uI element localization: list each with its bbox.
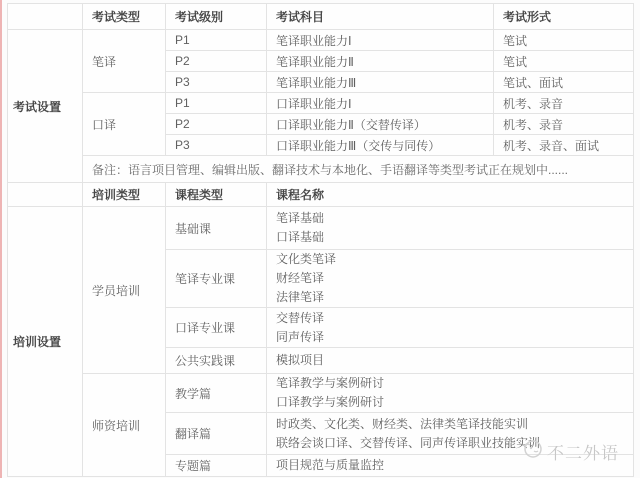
exam-type-oral: 口译 xyxy=(83,93,166,156)
exam-training-table: 考试类型 考试级别 考试科目 考试形式 考试设置 笔译 P1 笔译职业能力Ⅰ 笔… xyxy=(7,3,634,477)
course-type: 基础课 xyxy=(166,207,267,250)
exam-subject: 笔译职业能力Ⅱ xyxy=(267,51,494,72)
course-names: 交替传译 同声传译 xyxy=(267,308,634,348)
course-names: 时政类、文化类、财经类、法律类笔译技能实训 联络会谈口译、交替传译、同声传译职业… xyxy=(267,413,634,455)
exam-level: P3 xyxy=(166,72,267,93)
training-type-student: 学员培训 xyxy=(83,207,166,374)
exam-subject: 笔译职业能力Ⅲ xyxy=(267,72,494,93)
table-row: 师资培训 教学篇 笔译教学与案例研讨 口译教学与案例研讨 xyxy=(8,374,634,413)
exam-level: P1 xyxy=(166,93,267,114)
course-name: 法律笔译 xyxy=(276,288,629,307)
table-row: 口译 P1 口译职业能力Ⅰ 机考、录音 xyxy=(8,93,634,114)
course-name: 模拟项目 xyxy=(276,351,629,370)
exam-form: 机考、录音 xyxy=(494,114,634,135)
course-name: 财经笔译 xyxy=(276,269,629,288)
exam-header-type: 考试类型 xyxy=(83,4,166,30)
exam-level: P3 xyxy=(166,135,267,156)
course-type: 公共实践课 xyxy=(166,348,267,374)
course-name: 项目规范与质量监控 xyxy=(276,456,629,475)
course-type: 口译专业课 xyxy=(166,308,267,348)
exam-form: 笔试 xyxy=(494,51,634,72)
page-left-accent-edge xyxy=(0,0,2,478)
course-name: 笔译教学与案例研讨 xyxy=(276,374,629,393)
exam-header-row: 考试类型 考试级别 考试科目 考试形式 xyxy=(8,4,634,30)
course-names: 文化类笔译 财经笔译 法律笔译 xyxy=(267,250,634,308)
exam-note: 备注：语言项目管理、编辑出版、翻译技术与本地化、手语翻译等类型考试正在规划中..… xyxy=(83,156,634,183)
course-type: 专题篇 xyxy=(166,455,267,477)
exam-subject: 笔译职业能力Ⅰ xyxy=(267,30,494,51)
exam-form: 笔试、面试 xyxy=(494,72,634,93)
training-header-course-type: 课程类型 xyxy=(166,183,267,207)
exam-header-form: 考试形式 xyxy=(494,4,634,30)
exam-form: 机考、录音、面试 xyxy=(494,135,634,156)
course-type: 翻译篇 xyxy=(166,413,267,455)
exam-level: P1 xyxy=(166,30,267,51)
training-type-teacher: 师资培训 xyxy=(83,374,166,477)
course-name: 笔译基础 xyxy=(276,209,629,228)
exam-section-label: 考试设置 xyxy=(8,30,83,183)
corner-cell xyxy=(8,183,83,207)
course-names: 笔译教学与案例研讨 口译教学与案例研讨 xyxy=(267,374,634,413)
course-names: 笔译基础 口译基础 xyxy=(267,207,634,250)
exam-level: P2 xyxy=(166,114,267,135)
exam-subject: 口译职业能力Ⅰ xyxy=(267,93,494,114)
course-name: 文化类笔译 xyxy=(276,250,629,269)
exam-subject: 口译职业能力Ⅱ（交替传译） xyxy=(267,114,494,135)
exam-form: 机考、录音 xyxy=(494,93,634,114)
course-type: 笔译专业课 xyxy=(166,250,267,308)
training-section-label: 培训设置 xyxy=(8,207,83,477)
course-name: 口译基础 xyxy=(276,228,629,247)
course-names: 项目规范与质量监控 xyxy=(267,455,634,477)
training-header-type: 培训类型 xyxy=(83,183,166,207)
course-name: 口译教学与案例研讨 xyxy=(276,393,629,412)
exam-level: P2 xyxy=(166,51,267,72)
exam-header-subject: 考试科目 xyxy=(267,4,494,30)
course-name: 时政类、文化类、财经类、法律类笔译技能实训 xyxy=(276,415,629,434)
exam-type-written: 笔译 xyxy=(83,30,166,93)
corner-cell xyxy=(8,4,83,30)
course-name: 同声传译 xyxy=(276,328,629,347)
table-row: 培训设置 学员培训 基础课 笔译基础 口译基础 xyxy=(8,207,634,250)
exam-header-level: 考试级别 xyxy=(166,4,267,30)
course-name: 交替传译 xyxy=(276,309,629,328)
note-row: 备注：语言项目管理、编辑出版、翻译技术与本地化、手语翻译等类型考试正在规划中..… xyxy=(8,156,634,183)
exam-form: 笔试 xyxy=(494,30,634,51)
exam-subject: 口译职业能力Ⅲ（交传与同传） xyxy=(267,135,494,156)
training-header-course-name: 课程名称 xyxy=(267,183,634,207)
training-header-row: 培训类型 课程类型 课程名称 xyxy=(8,183,634,207)
course-names: 模拟项目 xyxy=(267,348,634,374)
table-row: 考试设置 笔译 P1 笔译职业能力Ⅰ 笔试 xyxy=(8,30,634,51)
course-name: 联络会谈口译、交替传译、同声传译职业技能实训 xyxy=(276,434,629,453)
course-type: 教学篇 xyxy=(166,374,267,413)
